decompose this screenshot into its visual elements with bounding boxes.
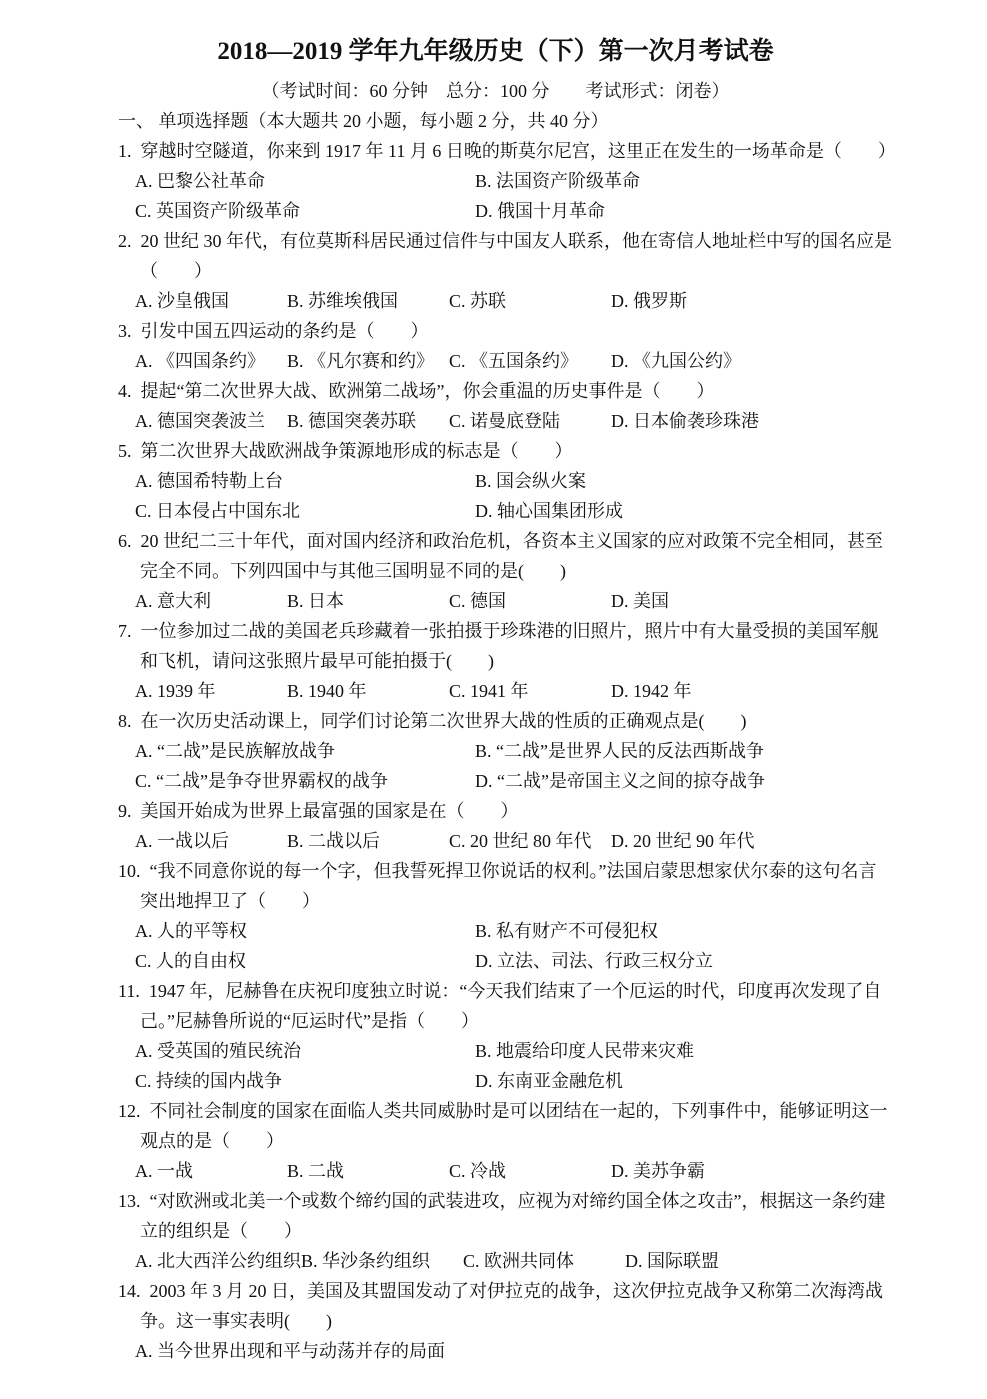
option: B. 日本: [287, 586, 449, 616]
option: C. 持续的国内战争: [135, 1066, 475, 1096]
question-number: 1.: [118, 141, 132, 161]
question-7: 7.一位参加过二战的美国老兵珍藏着一张拍摄于珍珠港的旧照片，照片中有大量受损的美…: [118, 616, 891, 706]
option: C. 日本侵占中国东北: [135, 496, 475, 526]
question-text-line: 5.第二次世界大战欧洲战争策源地形成的标志是（ ）: [118, 436, 891, 466]
option: A. 一战以后: [135, 826, 287, 856]
question-3: 3.引发中国五四运动的条约是（ ）A. 《四国条约》B. 《凡尔赛和约》C. 《…: [118, 316, 891, 376]
question-number: 9.: [118, 801, 132, 821]
question-text: “对欧洲或北美一个或数个缔约国的武装进攻，应视为对缔约国全体之攻击”，根据这一条…: [150, 1191, 886, 1211]
option: D. 1942 年: [611, 676, 891, 706]
option: D. 俄国十月革命: [475, 196, 891, 226]
option: C. 《五国条约》: [449, 346, 611, 376]
question-14: 14.2003 年 3 月 20 日，美国及其盟国发动了对伊拉克的战争，这次伊拉…: [118, 1276, 891, 1366]
question-8: 8.在一次历史活动课上，同学们讨论第二次世界大战的性质的正确观点是( )A. “…: [118, 706, 891, 796]
question-number: 3.: [118, 321, 132, 341]
option: B. 法国资产阶级革命: [475, 166, 891, 196]
option: D. 日本偷袭珍珠港: [611, 406, 891, 436]
option: A. 德国突袭波兰: [135, 406, 287, 436]
question-text-line: 观点的是（ ）: [118, 1126, 891, 1156]
option: C. “二战”是争夺世界霸权的战争: [135, 766, 475, 796]
question-number: 10.: [118, 861, 141, 881]
question-1: 1.穿越时空隧道，你来到 1917 年 11 月 6 日晚的斯莫尔尼宫，这里正在…: [118, 136, 891, 226]
question-text: “我不同意你说的每一个字，但我誓死捍卫你说话的权利。”法国启蒙思想家伏尔泰的这句…: [150, 861, 877, 881]
option-row: A. 一战B. 二战C. 冷战D. 美苏争霸: [118, 1156, 891, 1186]
question-text: 20 世纪二三十年代，面对国内经济和政治危机，各资本主义国家的应对政策不完全相同…: [141, 531, 884, 551]
option: A. 沙皇俄国: [135, 286, 287, 316]
question-text-line: 己。”尼赫鲁所说的“厄运时代”是指（ ）: [118, 1006, 891, 1036]
option-row: A. 沙皇俄国B. 苏维埃俄国C. 苏联D. 俄罗斯: [118, 286, 891, 316]
section-heading: 一、 单项选择题（本大题共 20 小题，每小题 2 分，共 40 分）: [118, 106, 891, 136]
question-text-line: 8.在一次历史活动课上，同学们讨论第二次世界大战的性质的正确观点是( ): [118, 706, 891, 736]
option: B. 二战: [287, 1156, 449, 1186]
option: D. 立法、司法、行政三权分立: [475, 946, 891, 976]
question-text-line: 完全不同。下列四国中与其他三国明显不同的是( ): [118, 556, 891, 586]
question-text-line: 争。这一事实表明( ): [118, 1306, 891, 1336]
option: B. 私有财产不可侵犯权: [475, 916, 891, 946]
option: A. 受英国的殖民统治: [135, 1036, 475, 1066]
option: A. 北大西洋公约组织: [135, 1246, 301, 1276]
question-text-line: 6.20 世纪二三十年代，面对国内经济和政治危机，各资本主义国家的应对政策不完全…: [118, 526, 891, 556]
question-11: 11.1947 年，尼赫鲁在庆祝印度独立时说：“今天我们结束了一个厄运的时代，印…: [118, 976, 891, 1096]
option: D. 轴心国集团形成: [475, 496, 891, 526]
option-row: A. “二战”是民族解放战争B. “二战”是世界人民的反法西斯战争: [118, 736, 891, 766]
question-number: 4.: [118, 381, 132, 401]
question-4: 4.提起“第二次世界大战、欧洲第二战场”，你会重温的历史事件是（ ）A. 德国突…: [118, 376, 891, 436]
question-number: 12.: [118, 1101, 141, 1121]
option: A. 一战: [135, 1156, 287, 1186]
option-row: A. 《四国条约》B. 《凡尔赛和约》C. 《五国条约》D. 《九国公约》: [118, 346, 891, 376]
option: A. 人的平等权: [135, 916, 475, 946]
option: D. 东南亚金融危机: [475, 1066, 891, 1096]
question-number: 2.: [118, 231, 132, 251]
question-text-line: 突出地捍卫了（ ）: [118, 886, 891, 916]
option: B. 《凡尔赛和约》: [287, 346, 449, 376]
option: C. 1941 年: [449, 676, 611, 706]
question-5: 5.第二次世界大战欧洲战争策源地形成的标志是（ ）A. 德国希特勒上台B. 国会…: [118, 436, 891, 526]
question-text-line: 1.穿越时空隧道，你来到 1917 年 11 月 6 日晚的斯莫尔尼宫，这里正在…: [118, 136, 891, 166]
question-text-line: （ ）: [118, 256, 891, 286]
option: B. 国会纵火案: [475, 466, 891, 496]
question-text-line: 10.“我不同意你说的每一个字，但我誓死捍卫你说话的权利。”法国启蒙思想家伏尔泰…: [118, 856, 891, 886]
question-9: 9.美国开始成为世界上最富强的国家是在（ ）A. 一战以后B. 二战以后C. 2…: [118, 796, 891, 856]
questions: 1.穿越时空隧道，你来到 1917 年 11 月 6 日晚的斯莫尔尼宫，这里正在…: [118, 136, 891, 1366]
question-text-line: 14.2003 年 3 月 20 日，美国及其盟国发动了对伊拉克的战争，这次伊拉…: [118, 1276, 891, 1306]
question-12: 12.不同社会制度的国家在面临人类共同威胁时是可以团结在一起的，下列事件中，能够…: [118, 1096, 891, 1186]
question-10: 10.“我不同意你说的每一个字，但我誓死捍卫你说话的权利。”法国启蒙思想家伏尔泰…: [118, 856, 891, 976]
question-2: 2.20 世纪 30 年代，有位莫斯科居民通过信件与中国友人联系，他在寄信人地址…: [118, 226, 891, 316]
question-text-line: 13.“对欧洲或北美一个或数个缔约国的武装进攻，应视为对缔约国全体之攻击”，根据…: [118, 1186, 891, 1216]
option-row: A. 北大西洋公约组织B. 华沙条约组织C. 欧洲共同体D. 国际联盟: [118, 1246, 891, 1276]
question-text-line: 和飞机，请问这张照片最早可能拍摄于( ): [118, 646, 891, 676]
option: B. 苏维埃俄国: [287, 286, 449, 316]
question-number: 5.: [118, 441, 132, 461]
question-text-line: 12.不同社会制度的国家在面临人类共同威胁时是可以团结在一起的，下列事件中，能够…: [118, 1096, 891, 1126]
question-text: 不同社会制度的国家在面临人类共同威胁时是可以团结在一起的，下列事件中，能够证明这…: [150, 1101, 888, 1121]
question-number: 13.: [118, 1191, 141, 1211]
option-row: C. 人的自由权D. 立法、司法、行政三权分立: [118, 946, 891, 976]
option: A. 巴黎公社革命: [135, 166, 475, 196]
question-text-line: 2.20 世纪 30 年代，有位莫斯科居民通过信件与中国友人联系，他在寄信人地址…: [118, 226, 891, 256]
question-text: 美国开始成为世界上最富强的国家是在（ ）: [141, 801, 519, 821]
exam-info-line: （考试时间：60 分钟 总分：100 分 考试形式：闭卷）: [100, 76, 891, 106]
question-text-line: 9.美国开始成为世界上最富强的国家是在（ ）: [118, 796, 891, 826]
question-text: 第二次世界大战欧洲战争策源地形成的标志是（ ）: [141, 441, 573, 461]
question-text-line: 7.一位参加过二战的美国老兵珍藏着一张拍摄于珍珠港的旧照片，照片中有大量受损的美…: [118, 616, 891, 646]
option: A. 《四国条约》: [135, 346, 287, 376]
option-row: A. 一战以后B. 二战以后C. 20 世纪 80 年代D. 20 世纪 90 …: [118, 826, 891, 856]
option: B. 德国突袭苏联: [287, 406, 449, 436]
question-text-line: 11.1947 年，尼赫鲁在庆祝印度独立时说：“今天我们结束了一个厄运的时代，印…: [118, 976, 891, 1006]
option: A. 意大利: [135, 586, 287, 616]
option: C. 苏联: [449, 286, 611, 316]
question-text: 2003 年 3 月 20 日，美国及其盟国发动了对伊拉克的战争，这次伊拉克战争…: [150, 1281, 884, 1301]
option-row: C. 日本侵占中国东北D. 轴心国集团形成: [118, 496, 891, 526]
option-row: A. 德国希特勒上台B. 国会纵火案: [118, 466, 891, 496]
option: D. 《九国公约》: [611, 346, 891, 376]
option: D. 俄罗斯: [611, 286, 891, 316]
question-text: 引发中国五四运动的条约是（ ）: [141, 321, 429, 341]
question-text-line: 3.引发中国五四运动的条约是（ ）: [118, 316, 891, 346]
question-text-line: 4.提起“第二次世界大战、欧洲第二战场”，你会重温的历史事件是（ ）: [118, 376, 891, 406]
option: A. 1939 年: [135, 676, 287, 706]
question-number: 7.: [118, 621, 132, 641]
option: B. 二战以后: [287, 826, 449, 856]
question-text: 在一次历史活动课上，同学们讨论第二次世界大战的性质的正确观点是( ): [141, 711, 747, 731]
option: C. 欧洲共同体: [463, 1246, 625, 1276]
option: B. “二战”是世界人民的反法西斯战争: [475, 736, 891, 766]
option: A. 德国希特勒上台: [135, 466, 475, 496]
question-text: 1947 年，尼赫鲁在庆祝印度独立时说：“今天我们结束了一个厄运的时代，印度再次…: [149, 981, 882, 1001]
exam-page: 2018—2019 学年九年级历史（下）第一次月考试卷 （考试时间：60 分钟 …: [0, 0, 987, 1399]
question-text: 20 世纪 30 年代，有位莫斯科居民通过信件与中国友人联系，他在寄信人地址栏中…: [141, 231, 893, 251]
option-row: A. 德国突袭波兰B. 德国突袭苏联C. 诺曼底登陆D. 日本偷袭珍珠港: [118, 406, 891, 436]
option-row: A. 1939 年B. 1940 年C. 1941 年D. 1942 年: [118, 676, 891, 706]
question-text: 一位参加过二战的美国老兵珍藏着一张拍摄于珍珠港的旧照片，照片中有大量受损的美国军…: [141, 621, 879, 641]
question-13: 13.“对欧洲或北美一个或数个缔约国的武装进攻，应视为对缔约国全体之攻击”，根据…: [118, 1186, 891, 1276]
page-content: 2018—2019 学年九年级历史（下）第一次月考试卷 （考试时间：60 分钟 …: [0, 0, 987, 1366]
option-row: A. 人的平等权B. 私有财产不可侵犯权: [118, 916, 891, 946]
question-6: 6.20 世纪二三十年代，面对国内经济和政治危机，各资本主义国家的应对政策不完全…: [118, 526, 891, 616]
option: C. 20 世纪 80 年代: [449, 826, 611, 856]
option: C. 德国: [449, 586, 611, 616]
option-row: A. 巴黎公社革命B. 法国资产阶级革命: [118, 166, 891, 196]
page-title: 2018—2019 学年九年级历史（下）第一次月考试卷: [100, 36, 891, 68]
option: B. 1940 年: [287, 676, 449, 706]
option-row: A. 意大利B. 日本C. 德国D. 美国: [118, 586, 891, 616]
option: B. 地震给印度人民带来灾难: [475, 1036, 891, 1066]
option: D. 美苏争霸: [611, 1156, 891, 1186]
option-row: C. 持续的国内战争D. 东南亚金融危机: [118, 1066, 891, 1096]
option: D. 20 世纪 90 年代: [611, 826, 891, 856]
option-row: A. 当今世界出现和平与动荡并存的局面: [118, 1336, 891, 1366]
question-number: 14.: [118, 1281, 141, 1301]
option: C. 冷战: [449, 1156, 611, 1186]
question-text: 穿越时空隧道，你来到 1917 年 11 月 6 日晚的斯莫尔尼宫，这里正在发生…: [141, 141, 896, 161]
option: D. “二战”是帝国主义之间的掠夺战争: [475, 766, 891, 796]
option: C. 英国资产阶级革命: [135, 196, 475, 226]
question-text-line: 立的组织是（ ）: [118, 1216, 891, 1246]
option-row: C. 英国资产阶级革命D. 俄国十月革命: [118, 196, 891, 226]
option: A. “二战”是民族解放战争: [135, 736, 475, 766]
option: A. 当今世界出现和平与动荡并存的局面: [135, 1336, 891, 1366]
question-text: 提起“第二次世界大战、欧洲第二战场”，你会重温的历史事件是（ ）: [141, 381, 715, 401]
question-number: 8.: [118, 711, 132, 731]
option: B. 华沙条约组织: [301, 1246, 463, 1276]
question-number: 6.: [118, 531, 132, 551]
option: C. 诺曼底登陆: [449, 406, 611, 436]
option: D. 美国: [611, 586, 891, 616]
option: D. 国际联盟: [625, 1246, 891, 1276]
option: C. 人的自由权: [135, 946, 475, 976]
option-row: C. “二战”是争夺世界霸权的战争D. “二战”是帝国主义之间的掠夺战争: [118, 766, 891, 796]
question-number: 11.: [118, 981, 140, 1001]
option-row: A. 受英国的殖民统治B. 地震给印度人民带来灾难: [118, 1036, 891, 1066]
